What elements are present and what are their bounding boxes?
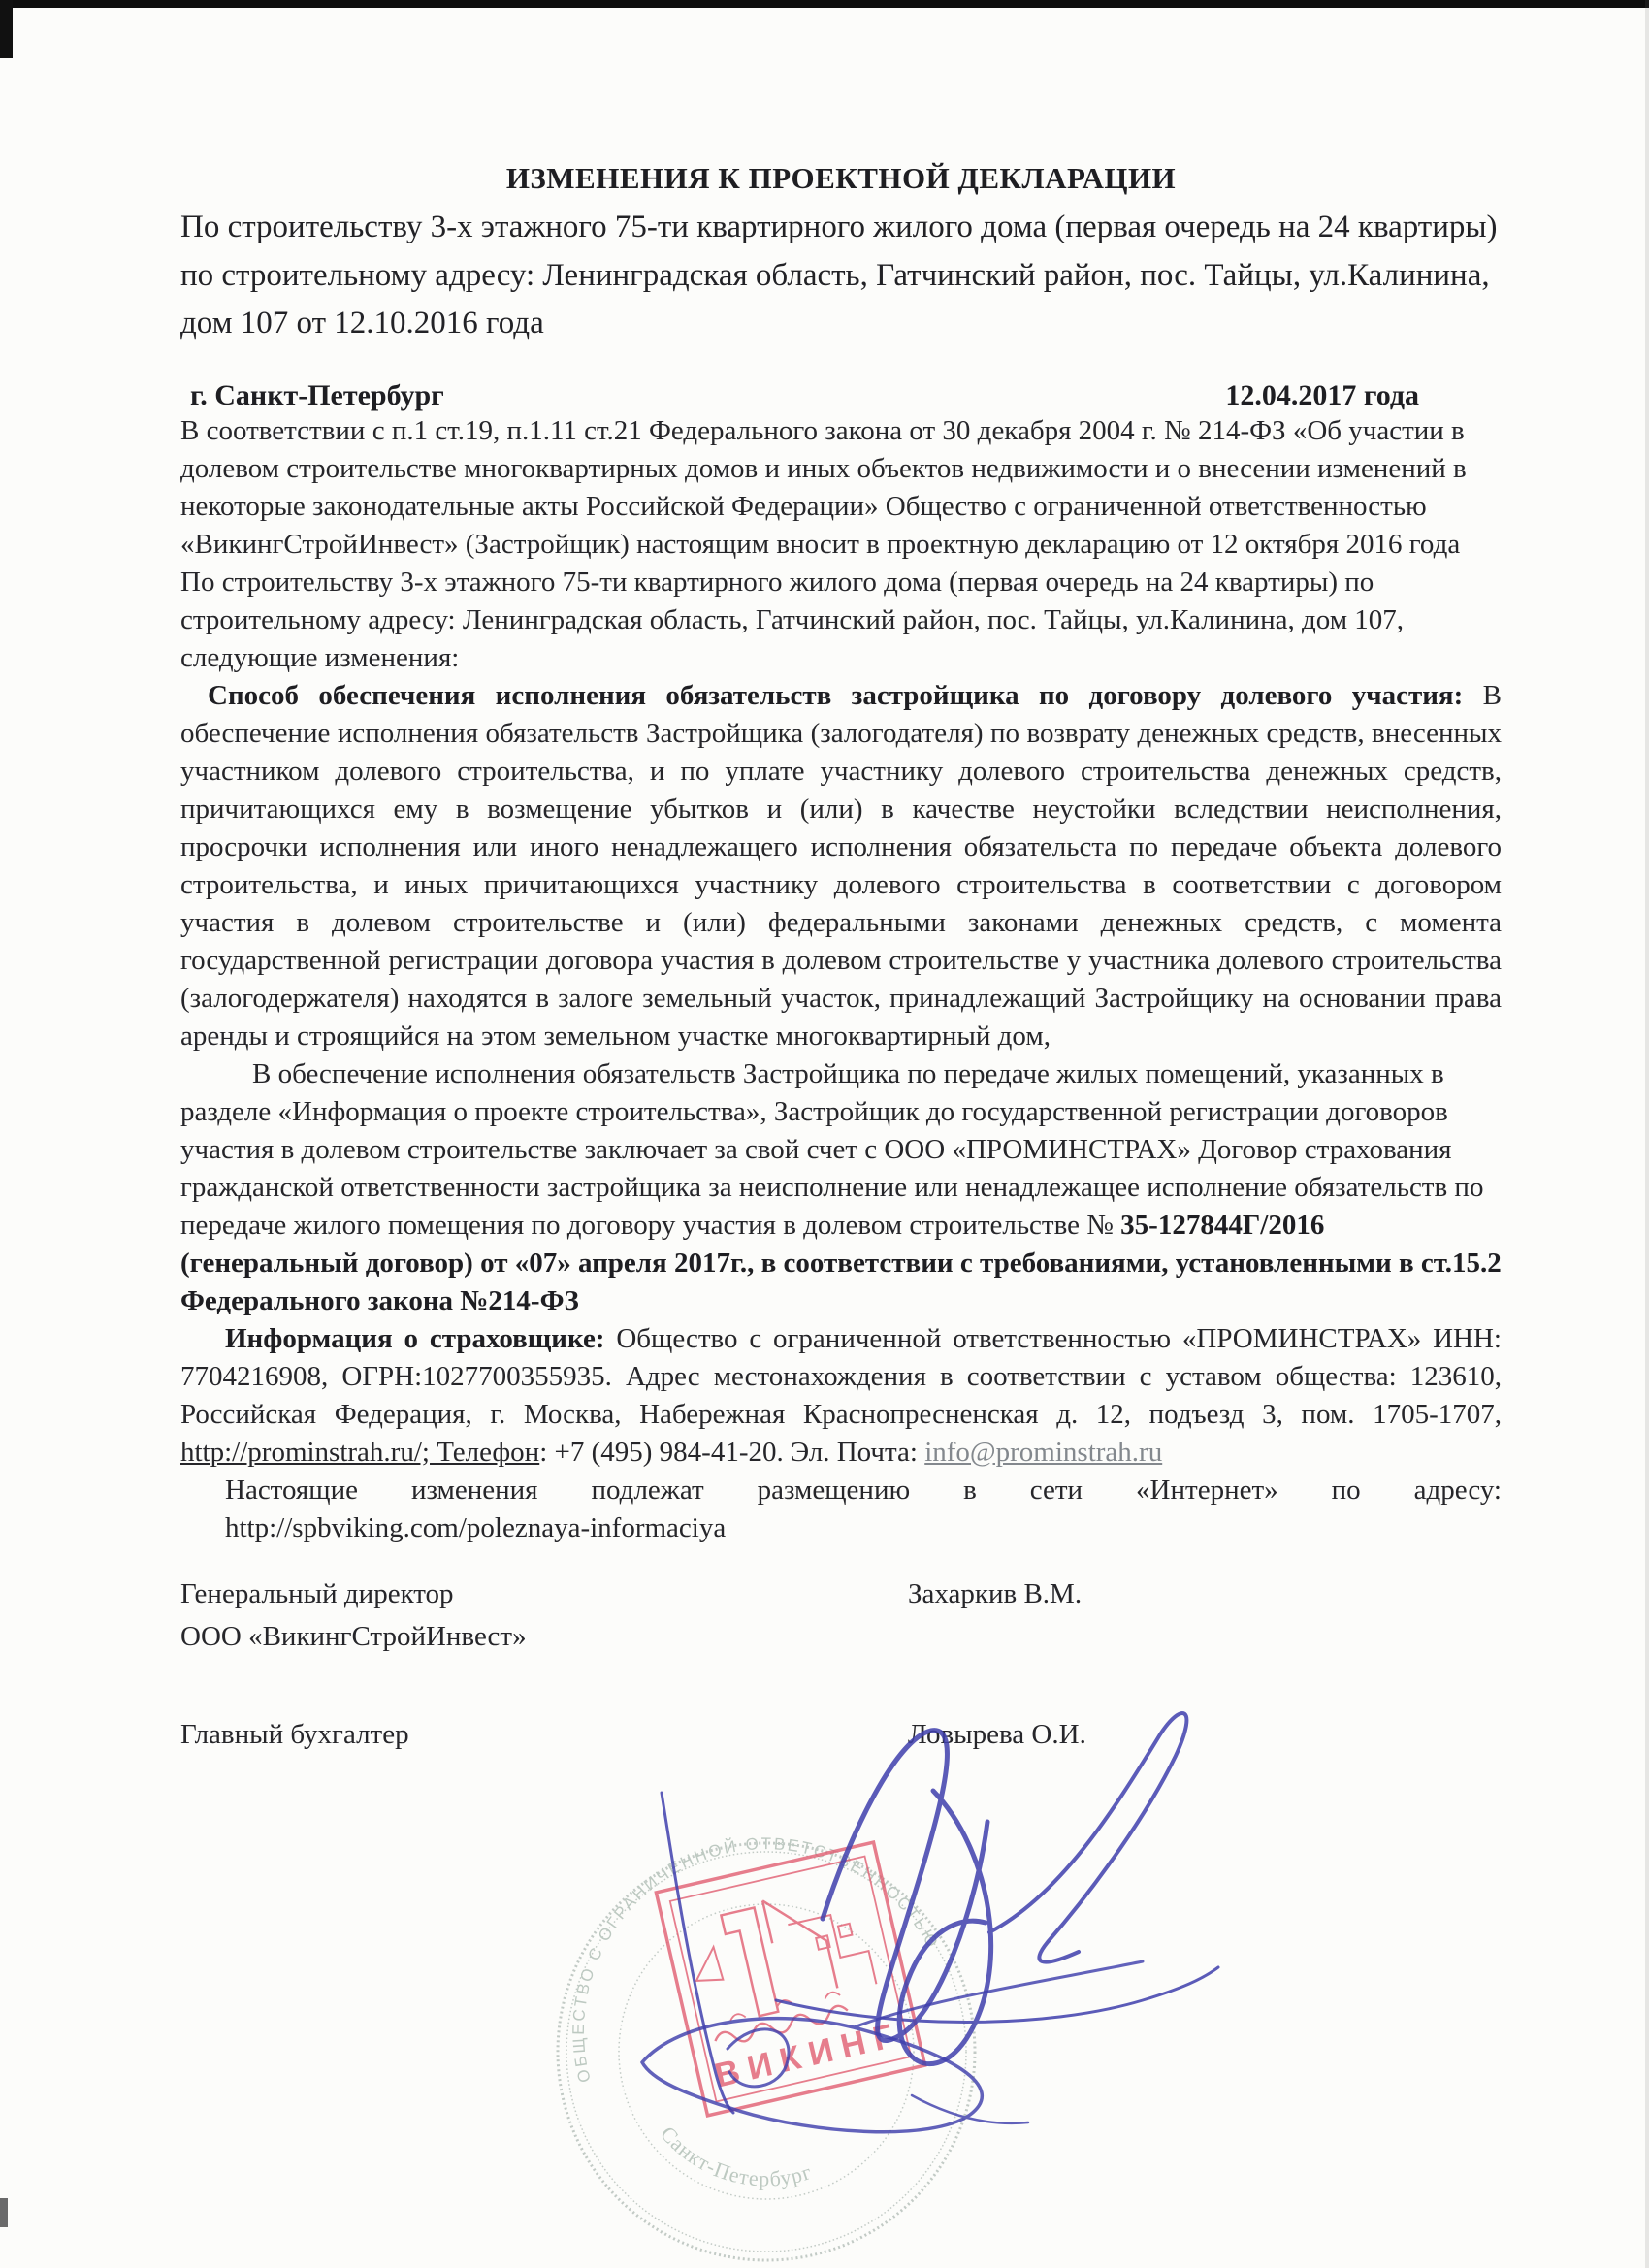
paragraph-insurer-info: Информация о страховщике: Общество с огр…	[180, 1320, 1502, 1472]
insurer-info-body-2: : +7 (495) 984-41-20. Эл. Почта:	[539, 1437, 924, 1468]
city-date-row: г. Санкт-Петербург 12.04.2017 года	[180, 379, 1502, 412]
insurer-email-link: info@prominstrah.ru	[924, 1437, 1162, 1468]
scan-artifact-bottom-mark	[0, 2198, 8, 2227]
city-label: г. Санкт-Петербург	[190, 379, 444, 412]
paragraph-insurance-contract: В обеспечение исполнения обязательств За…	[180, 1055, 1502, 1320]
insurer-info-heading: Информация о страховщике:	[225, 1323, 605, 1354]
prominstrah-url-link: http://prominstrah.ru/; Телефон	[180, 1437, 539, 1468]
director-title-line2: ООО «ВикингСтройИнвест»	[180, 1615, 1502, 1659]
round-seal-stamp: ОБЩЕСТВО С ОГРАНИЧЕННОЙ ОТВЕТСТВЕННОСТЬЮ…	[558, 1834, 975, 2260]
internet-notice-text: Настоящие изменения подлежат размещению …	[180, 1472, 1502, 1509]
paragraph-construction-object: По строительству 3-х этажного 75-ти квар…	[180, 564, 1502, 677]
security-method-heading: Способ обеспечения исполнения обязательс…	[208, 680, 1463, 711]
accountant-title: Главный бухгалтер	[180, 1713, 1502, 1757]
svg-text:ОБЩЕСТВО С ОГРАНИЧЕННОЙ ОТВЕТС: ОБЩЕСТВО С ОГРАНИЧЕННОЙ ОТВЕТСТВЕННОСТЬЮ	[569, 1834, 943, 2084]
page-title: ИЗМЕНЕНИЯ К ПРОЕКТНОЙ ДЕКЛАРАЦИИ	[180, 161, 1502, 196]
accountant-signature-row: Главный бухгалтер Ловырева О.И.	[180, 1713, 1502, 1757]
signature-block: Генеральный директор ООО «ВикингСтройИнв…	[180, 1572, 1502, 1758]
document-page: ИЗМЕНЕНИЯ К ПРОЕКТНОЙ ДЕКЛАРАЦИИ По стро…	[0, 0, 1649, 2268]
director-title-line1: Генеральный директор	[180, 1572, 1502, 1616]
document-content: ИЗМЕНЕНИЯ К ПРОЕКТНОЙ ДЕКЛАРАЦИИ По стро…	[180, 161, 1502, 1757]
spbviking-url: http://spbviking.com/poleznaya-informaci…	[180, 1509, 1502, 1547]
document-subtitle: По строительству 3-х этажного 75-ти квар…	[180, 204, 1502, 348]
seal-city-text: Санкт-Петербург	[656, 2122, 815, 2191]
director-signature-row: Генеральный директор ООО «ВикингСтройИнв…	[180, 1572, 1502, 1660]
stamp-and-signature-overlay: ОБЩЕСТВО С ОГРАНИЧЕННОЙ ОТВЕТСТВЕННОСТЬЮ…	[310, 1678, 1222, 2268]
accountant-name: Ловырева О.И.	[908, 1713, 1086, 1757]
seal-ring-text: ОБЩЕСТВО С ОГРАНИЧЕННОЙ ОТВЕТСТВЕННОСТЬЮ	[569, 1834, 943, 2084]
svg-text:Санкт-Петербург: Санкт-Петербург	[656, 2122, 815, 2191]
stamp-company-name: ВИКИНГ	[711, 2015, 905, 2094]
date-label: 12.04.2017 года	[1225, 379, 1419, 412]
director-signature-ink	[662, 1713, 1218, 2113]
scan-artifact-top-strip	[0, 0, 1649, 8]
scan-artifact-left-wedge	[0, 0, 13, 58]
security-method-body: В обеспечение исполнения обязательств За…	[180, 680, 1502, 1052]
viking-logo-stamp: ВИКИНГ	[656, 1842, 924, 2116]
paragraph-internet-notice: Настоящие изменения подлежат размещению …	[180, 1472, 1502, 1547]
director-name: Захаркив В.М.	[908, 1572, 1082, 1616]
paragraph-security-method: Способ обеспечения исполнения обязательс…	[180, 677, 1502, 1055]
accountant-signature-ink	[642, 1961, 1143, 2132]
scan-artifact-right-line	[1645, 0, 1649, 2268]
paragraph-legal-basis: В соответствии с п.1 ст.19, п.1.11 ст.21…	[180, 412, 1502, 564]
